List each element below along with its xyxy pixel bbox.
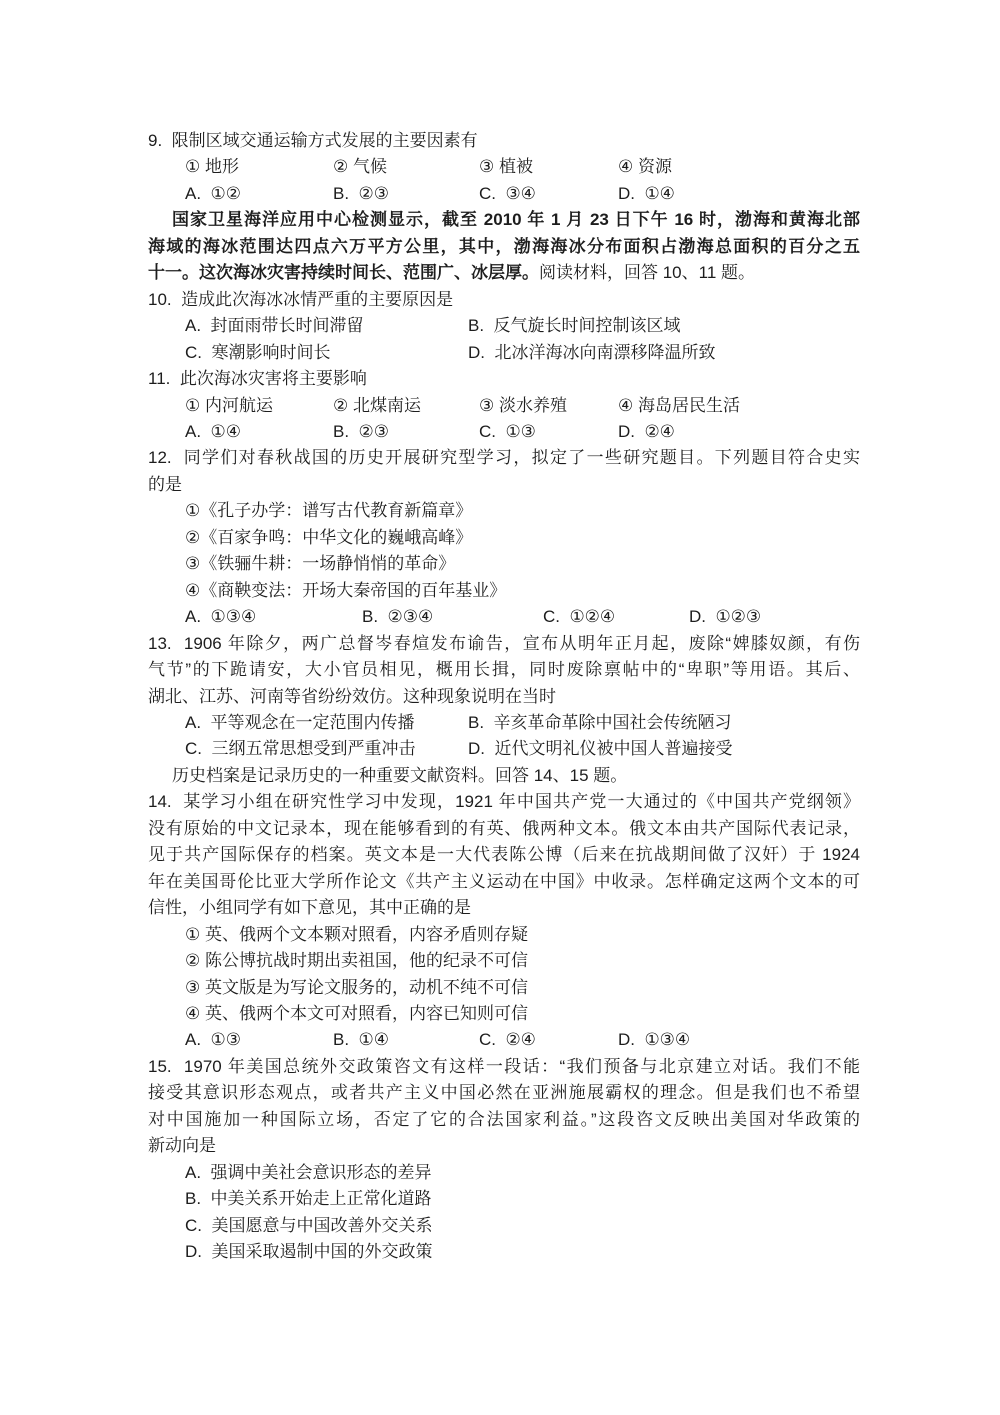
passage-sea-ice-line-2: 海域的海冰范围达四点六万平方公里，其中，渤海海冰分布面积占渤海总面积的百分之五 — [148, 234, 860, 260]
question-9-item-3: ③ 植被 — [479, 154, 618, 180]
question-14-choice-c: C. ②④ — [479, 1027, 618, 1053]
question-14-stem-line-3: 见于共产国际保存的档案。英文本是一大代表陈公博（后来在抗战期间做了汉奸）于 19… — [148, 842, 860, 868]
question-14-subitem-4: ④ 英、俄两个本文可对照看，内容已知则可信 — [148, 1001, 860, 1027]
question-12-choice-a: A. ①③④ — [185, 604, 362, 630]
question-14-choice-a: A. ①③ — [185, 1027, 333, 1053]
question-13-choices-row-2: C. 三纲五常思想受到严重冲击 D. 近代文明礼仪被中国人普遍接受 — [148, 736, 860, 762]
question-15-stem-line-2: 接受其意识形态观点，或者共产主义中国必然在亚洲施展霸权的理念。但是我们也不希望 — [148, 1080, 860, 1106]
question-9-choices-row: A. ①② B. ②③ C. ③④ D. ①④ — [148, 181, 860, 207]
question-13-choices-row-1: A. 平等观念在一定范围内传播 B. 辛亥革命革除中国社会传统陋习 — [148, 710, 860, 736]
exam-text-block: 9. 限制区域交通运输方式发展的主要因素有 ① 地形 ② 气候 ③ 植被 ④ 资… — [148, 128, 860, 1265]
question-14-stem-line-4: 年在美国哥伦比亚大学所作论文《共产主义运动在中国》中收录。怎样确定这两个文本的可 — [148, 869, 860, 895]
question-12-choice-c: C. ①②④ — [543, 604, 689, 630]
question-11-item-4: ④ 海岛居民生活 — [618, 393, 860, 419]
question-10-choice-b: B. 反气旋长时间控制该区域 — [468, 313, 860, 339]
question-9-choice-c: C. ③④ — [479, 181, 618, 207]
question-13-stem-line-1: 13. 1906 年除夕，两广总督岑春煊发布谕告，宣布从明年正月起，废除“婢膝奴… — [148, 631, 860, 657]
question-14-stem-line-2: 没有原始的中文记录本，现在能够看到的有英、俄两种文本。俄文本由共产国际代表记录， — [148, 816, 860, 842]
exam-page: 9. 限制区域交通运输方式发展的主要因素有 ① 地形 ② 气候 ③ 植被 ④ 资… — [0, 0, 1000, 1415]
question-15-stem-line-3: 对中国施加一种国际立场，否定了它的合法国家利益。”这段咨文反映出美国对华政策的 — [148, 1107, 860, 1133]
question-14-choices-row: A. ①③ B. ①④ C. ②④ D. ①③④ — [148, 1027, 860, 1053]
question-13-stem-line-2: 气节”的下跪请安，大小官员相见，概用长揖，同时废除禀帖中的“卑职”等用语。其后、 — [148, 657, 860, 683]
passage-sea-ice-line-1: 国家卫星海洋应用中心检测显示，截至 2010 年 1 月 23 日下午 16 时… — [148, 207, 860, 233]
question-15-choice-c: C. 美国愿意与中国改善外交关系 — [148, 1213, 860, 1239]
question-9-item-1: ① 地形 — [185, 154, 333, 180]
question-15-choice-d: D. 美国采取遏制中国的外交政策 — [148, 1239, 860, 1265]
passage-sea-ice-bold-tail: 十一。这次海冰灾害持续时间长、范围广、冰层厚。 — [148, 263, 539, 282]
question-13-choice-d: D. 近代文明礼仪被中国人普遍接受 — [468, 736, 860, 762]
passage-archives-line: 历史档案是记录历史的一种重要文献资料。回答 14、15 题。 — [148, 763, 860, 789]
question-14-stem-line-1: 14. 某学习小组在研究性学习中发现，1921 年中国共产党一大通过的《中国共产… — [148, 789, 860, 815]
question-12-choices-row: A. ①③④ B. ②③④ C. ①②④ D. ①②③ — [148, 604, 860, 630]
question-14-subitem-3: ③ 英文版是为写论文服务的，动机不纯不可信 — [148, 975, 860, 1001]
question-14-choice-b: B. ①④ — [333, 1027, 479, 1053]
question-11-items-row: ① 内河航运 ② 北煤南运 ③ 淡水养殖 ④ 海岛居民生活 — [148, 393, 860, 419]
question-15-stem-line-1: 15. 1970 年美国总统外交政策咨文有这样一段话：“我们预备与北京建立对话。… — [148, 1054, 860, 1080]
question-11-choice-a: A. ①④ — [185, 419, 333, 445]
question-12-stem-line-1: 12. 同学们对春秋战国的历史开展研究型学习，拟定了一些研究题目。下列题目符合史… — [148, 445, 860, 471]
question-10-choice-d: D. 北冰洋海冰向南漂移降温所致 — [468, 340, 860, 366]
question-11-item-2: ② 北煤南运 — [333, 393, 479, 419]
question-14-subitem-1: ① 英、俄两个文本颗对照看，内容矛盾则存疑 — [148, 922, 860, 948]
question-10-choices-row-2: C. 寒潮影响时间长 D. 北冰洋海冰向南漂移降温所致 — [148, 340, 860, 366]
question-12-subitem-4: ④《商鞅变法：开场大秦帝国的百年基业》 — [148, 578, 860, 604]
question-9-item-4: ④ 资源 — [618, 154, 860, 180]
question-13-choice-c: C. 三纲五常思想受到严重冲击 — [185, 736, 468, 762]
question-10-stem: 10. 造成此次海冰冰情严重的主要原因是 — [148, 287, 860, 313]
passage-sea-ice-instruction: 阅读材料，回答 10、11 题。 — [539, 263, 755, 282]
question-15-choice-a: A. 强调中美社会意识形态的差异 — [148, 1160, 860, 1186]
question-9-choice-b: B. ②③ — [333, 181, 479, 207]
question-15-stem-line-4: 新动向是 — [148, 1133, 860, 1159]
question-13-stem-line-3: 湖北、江苏、河南等省纷纷效仿。这种现象说明在当时 — [148, 684, 860, 710]
question-12-subitem-3: ③《铁骊牛耕：一场静悄悄的革命》 — [148, 551, 860, 577]
question-9-choice-d: D. ①④ — [618, 181, 860, 207]
question-14-subitem-2: ② 陈公博抗战时期出卖祖国，他的纪录不可信 — [148, 948, 860, 974]
question-12-subitem-1: ①《孔子办学：谱写古代教育新篇章》 — [148, 498, 860, 524]
question-15-choice-b: B. 中美关系开始走上正常化道路 — [148, 1186, 860, 1212]
question-10-choice-c: C. 寒潮影响时间长 — [185, 340, 468, 366]
question-13-choice-a: A. 平等观念在一定范围内传播 — [185, 710, 468, 736]
question-11-stem: 11. 此次海冰灾害将主要影响 — [148, 366, 860, 392]
question-11-choices-row: A. ①④ B. ②③ C. ①③ D. ②④ — [148, 419, 860, 445]
question-9-stem: 9. 限制区域交通运输方式发展的主要因素有 — [148, 128, 860, 154]
question-11-item-3: ③ 淡水养殖 — [479, 393, 618, 419]
question-9-choice-a: A. ①② — [185, 181, 333, 207]
question-12-stem-line-2: 的是 — [148, 472, 860, 498]
question-11-choice-c: C. ①③ — [479, 419, 618, 445]
question-11-choice-b: B. ②③ — [333, 419, 479, 445]
passage-sea-ice-line-3: 十一。这次海冰灾害持续时间长、范围广、冰层厚。阅读材料，回答 10、11 题。 — [148, 260, 860, 286]
question-14-choice-d: D. ①③④ — [618, 1027, 860, 1053]
question-12-choice-b: B. ②③④ — [362, 604, 543, 630]
question-11-item-1: ① 内河航运 — [185, 393, 333, 419]
question-11-choice-d: D. ②④ — [618, 419, 860, 445]
question-9-items-row: ① 地形 ② 气候 ③ 植被 ④ 资源 — [148, 154, 860, 180]
question-13-choice-b: B. 辛亥革命革除中国社会传统陋习 — [468, 710, 860, 736]
question-10-choices-row-1: A. 封面雨带长时间滞留 B. 反气旋长时间控制该区域 — [148, 313, 860, 339]
question-14-stem-line-5: 信性，小组同学有如下意见，其中正确的是 — [148, 895, 860, 921]
question-12-choice-d: D. ①②③ — [689, 604, 860, 630]
question-9-item-2: ② 气候 — [333, 154, 479, 180]
question-12-subitem-2: ②《百家争鸣：中华文化的巍峨高峰》 — [148, 525, 860, 551]
question-10-choice-a: A. 封面雨带长时间滞留 — [185, 313, 468, 339]
